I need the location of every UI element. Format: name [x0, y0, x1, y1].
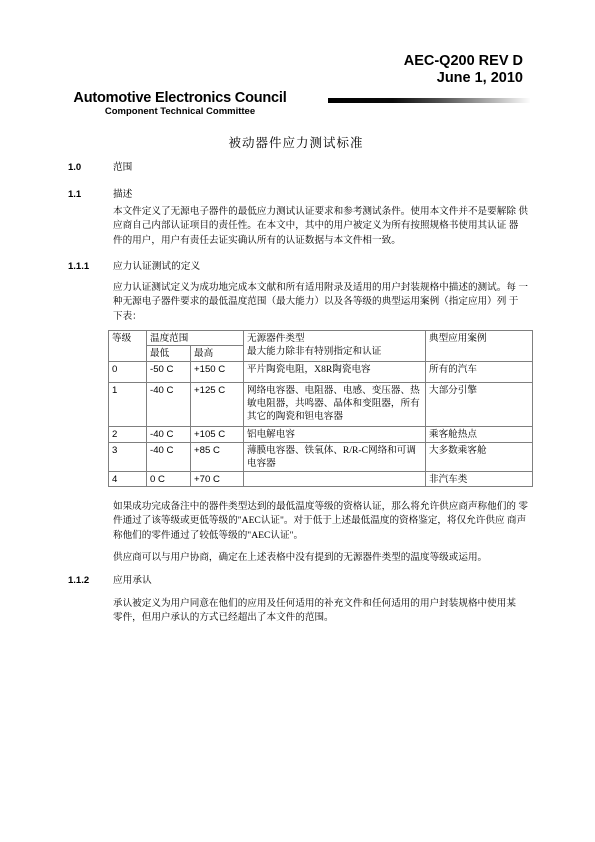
gradient-divider-bar	[328, 98, 530, 103]
header-cell-temp-range: 温度范围	[147, 331, 244, 346]
paragraph-description: 本文件定义了无源电子器件的最低应力测试认证要求和参考测试条件。使用本文件并不是要…	[113, 205, 528, 248]
header-cell-temp-max: 最高	[191, 346, 244, 362]
cell-grade-2: 2	[109, 427, 147, 443]
section-title: 描述	[113, 189, 132, 200]
cell-type-0: 平片陶瓷电阻，X8R陶瓷电容	[244, 362, 426, 383]
cell-max-3: +85 C	[191, 443, 244, 472]
section-title: 范围	[113, 162, 132, 173]
section-heading-description: 1.1描述	[68, 189, 132, 201]
section-title: 应用承认	[113, 575, 152, 586]
cell-max-4: +70 C	[191, 472, 244, 487]
section-number: 1.1	[68, 189, 113, 201]
cell-type-1: 网络电容器、电阻器、电感、变压器、热 敏电阻器，共鸣器、晶体和变阻器，所有 其它…	[244, 383, 426, 427]
cell-max-2: +105 C	[191, 427, 244, 443]
organization-name: Automotive Electronics Council	[68, 90, 292, 106]
cell-app-0: 所有的汽车	[426, 362, 533, 383]
cell-min-0: -50 C	[147, 362, 191, 383]
header-cell-grade: 等级	[109, 331, 147, 362]
header-cell-typical-app: 典型应用案例	[426, 331, 533, 362]
table-row: 0 -50 C +150 C 平片陶瓷电阻，X8R陶瓷电容 所有的汽车	[109, 362, 533, 383]
table-row: 3 -40 C +85 C 薄膜电容器、铁氧体、R/R-C网络和可调 电容器 大…	[109, 443, 533, 472]
document-number: AEC-Q200 REV D	[300, 53, 523, 70]
cell-grade-0: 0	[109, 362, 147, 383]
cell-min-2: -40 C	[147, 427, 191, 443]
header-cell-component-type: 无源器件类型 最大能力除非有特别指定和认证	[244, 331, 426, 362]
header-cell-temp-min: 最低	[147, 346, 191, 362]
document-date: June 1, 2010	[300, 70, 523, 87]
cell-max-1: +125 C	[191, 383, 244, 427]
cell-max-0: +150 C	[191, 362, 244, 383]
paragraph-negotiation: 供应商可以与用户协商，确定在上述表格中没有提到的无源器件类型的温度等级或运用。	[113, 551, 487, 565]
cell-min-4: 0 C	[147, 472, 191, 487]
section-heading-scope: 1.0范围	[68, 162, 132, 174]
table-row: 1 -40 C +125 C 网络电容器、电阻器、电感、变压器、热 敏电阻器，共…	[109, 383, 533, 427]
table-header-row: 等级 温度范围 无源器件类型 最大能力除非有特别指定和认证 典型应用案例	[109, 331, 533, 346]
document-title: 被动器件应力测试标准	[68, 133, 524, 151]
cell-min-1: -40 C	[147, 383, 191, 427]
cell-min-3: -40 C	[147, 443, 191, 472]
organization-subtitle: Component Technical Committee	[68, 106, 292, 117]
cell-grade-3: 3	[109, 443, 147, 472]
cell-grade-1: 1	[109, 383, 147, 427]
cell-app-3: 大多数乘客舱	[426, 443, 533, 472]
table-row: 4 0 C +70 C 非汽车类	[109, 472, 533, 487]
table-row: 2 -40 C +105 C 铝电解电容 乘客舱热点	[109, 427, 533, 443]
section-number: 1.1.2	[68, 575, 113, 587]
cell-app-1: 大部分引擎	[426, 383, 533, 427]
paragraph-qualification: 如果成功完成备注中的器件类型达到的最低温度等级的资格认证，那么将允许供应商声称他…	[113, 500, 528, 543]
cell-app-2: 乘客舱热点	[426, 427, 533, 443]
section-heading-app-approval: 1.1.2应用承认	[68, 575, 152, 587]
paragraph-stress-definition: 应力认证测试定义为成功地完成本文献和所有适用附录及适用的用户封装规格中描述的测试…	[113, 281, 528, 324]
cell-type-4	[244, 472, 426, 487]
section-number: 1.0	[68, 162, 113, 174]
cell-type-2: 铝电解电容	[244, 427, 426, 443]
section-title: 应力认证测试的定义	[113, 261, 200, 272]
document-id-block: AEC-Q200 REV D June 1, 2010	[300, 53, 523, 86]
document-page: AEC-Q200 REV D June 1, 2010 Automotive E…	[0, 0, 595, 842]
grade-table: 等级 温度范围 无源器件类型 最大能力除非有特别指定和认证 典型应用案例 最低 …	[108, 330, 533, 487]
paragraph-approval: 承认被定义为用户同意在他们的应用及任何适用的补充文件和任何适用的用户封装规格中使…	[113, 597, 516, 626]
cell-type-3: 薄膜电容器、铁氧体、R/R-C网络和可调 电容器	[244, 443, 426, 472]
cell-app-4: 非汽车类	[426, 472, 533, 487]
cell-grade-4: 4	[109, 472, 147, 487]
section-heading-stress-def: 1.1.1应力认证测试的定义	[68, 261, 200, 273]
section-number: 1.1.1	[68, 261, 113, 273]
